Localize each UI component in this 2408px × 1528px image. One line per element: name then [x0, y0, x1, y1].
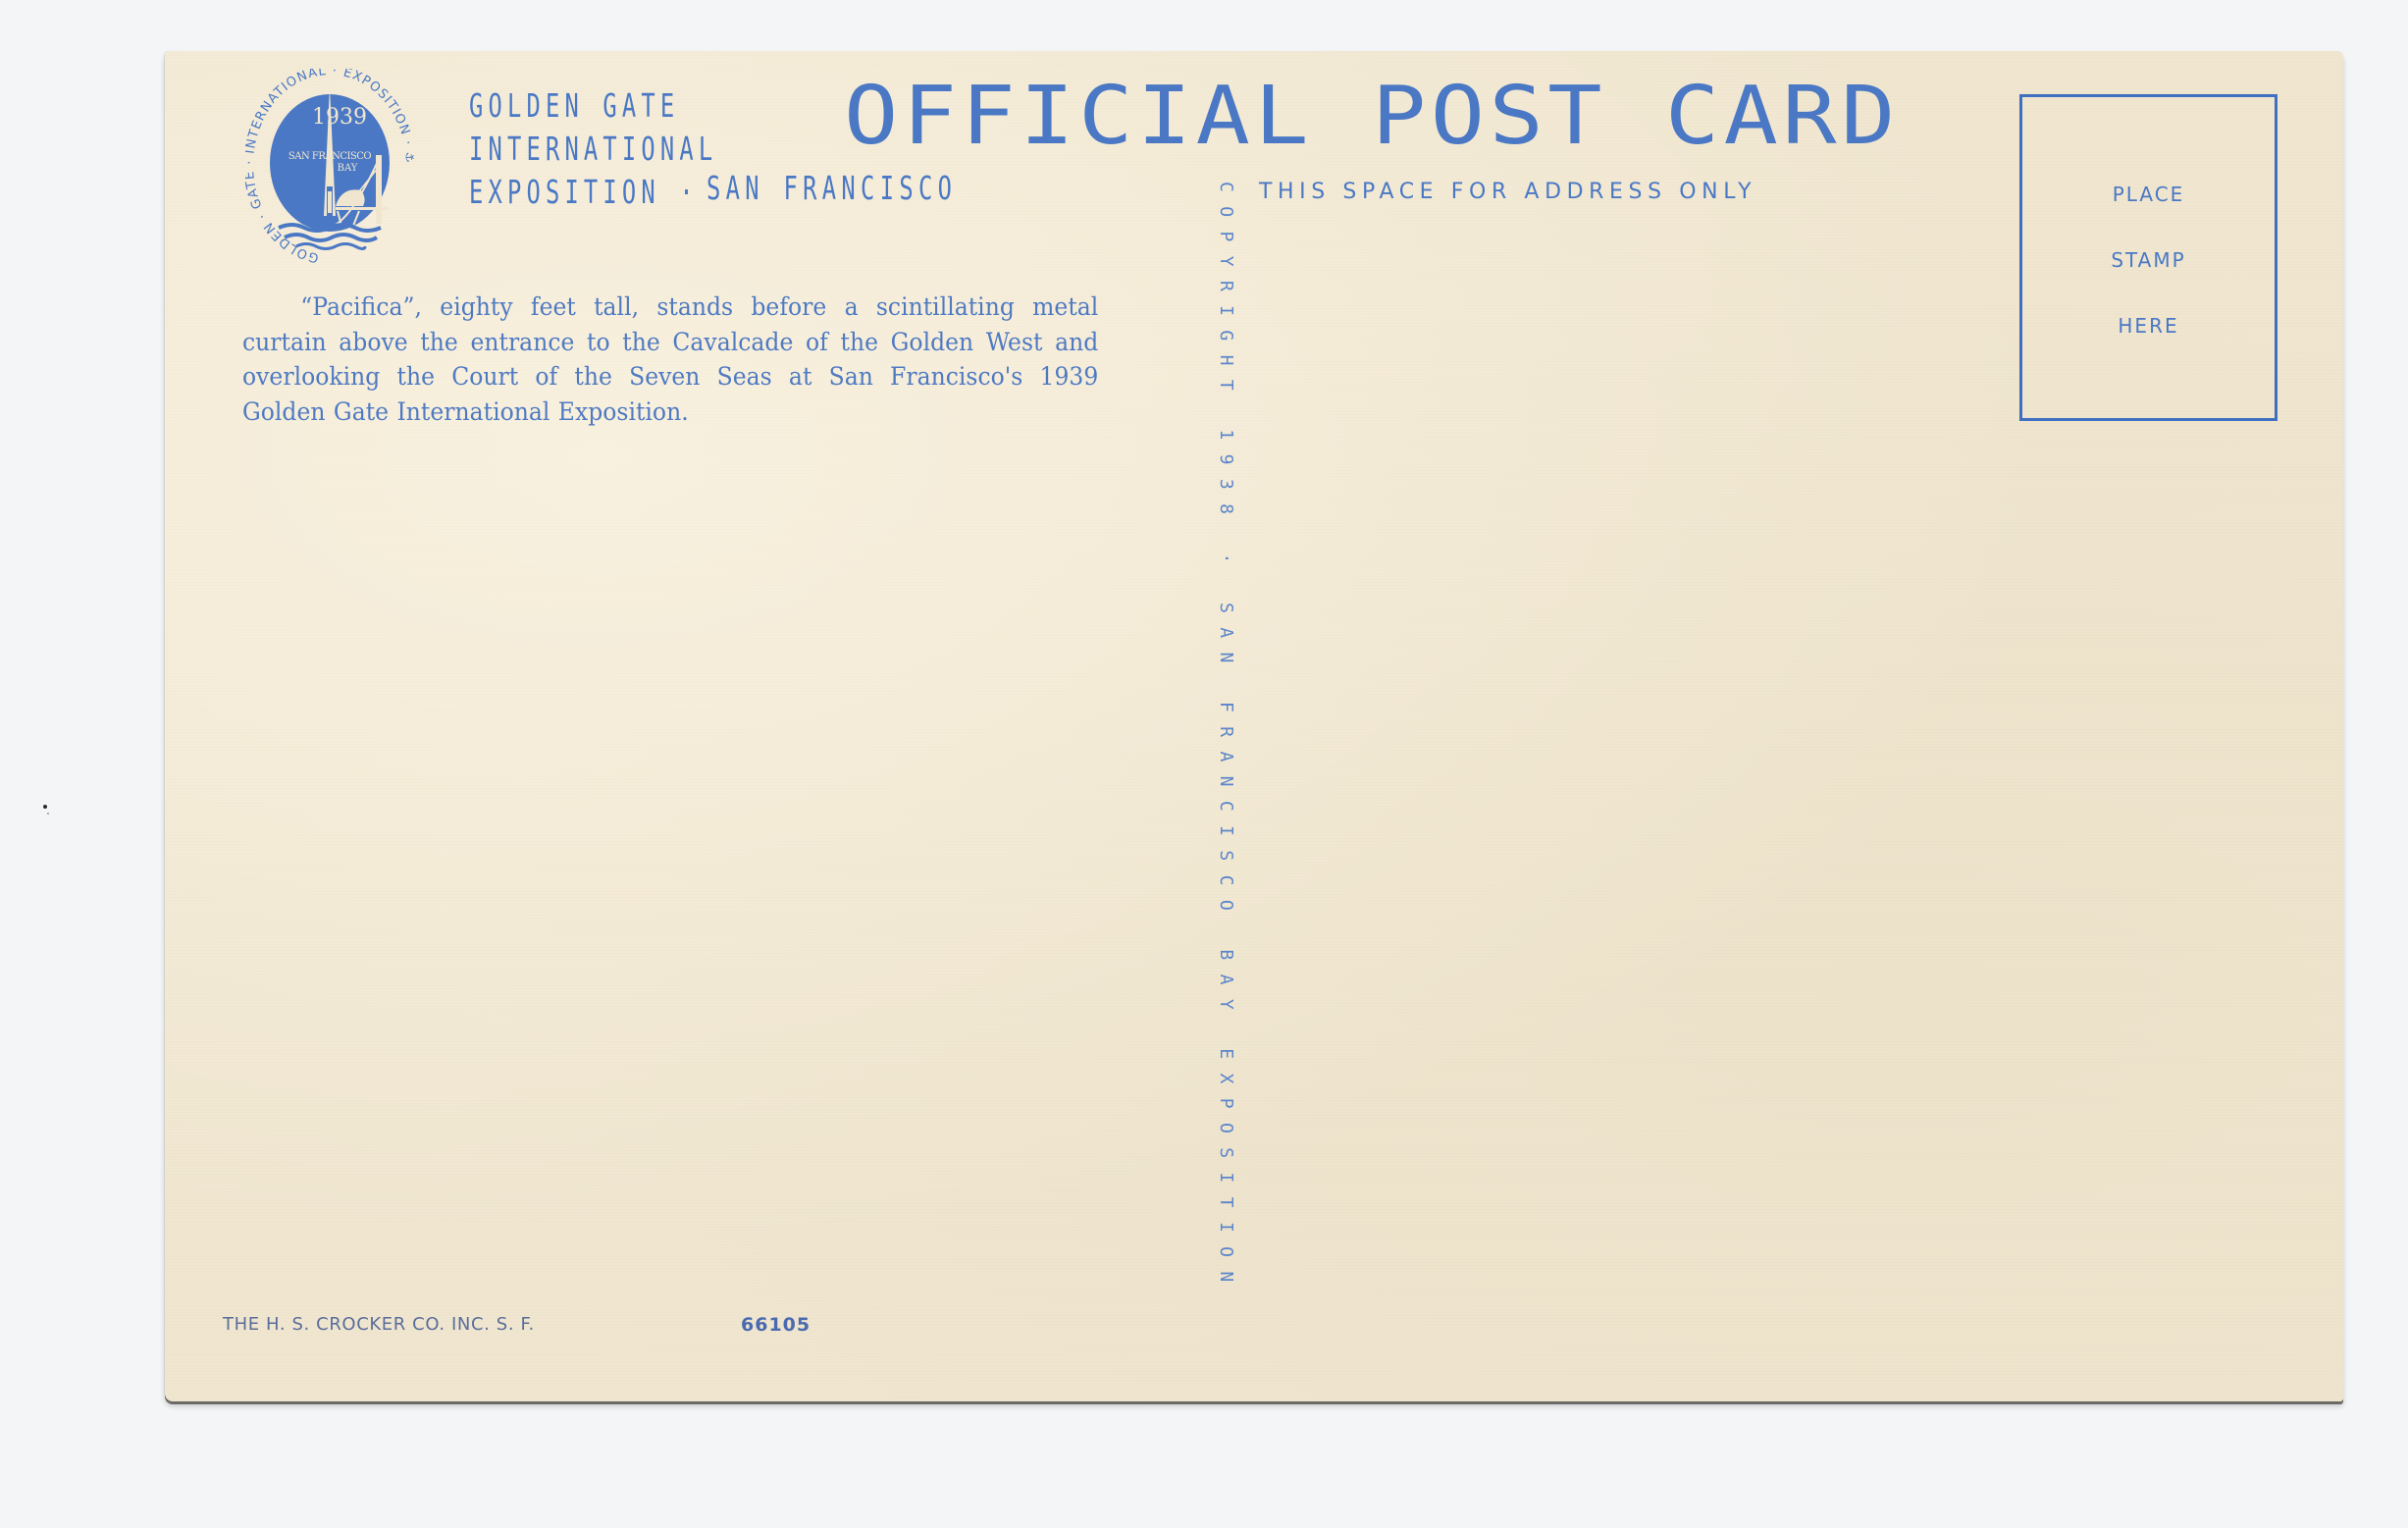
svg-text:1939: 1939 — [312, 105, 367, 130]
card-number: 66105 — [741, 1315, 811, 1335]
stamp-box-line-stamp: STAMP — [2022, 248, 2275, 272]
stamp-placement-box: PLACE STAMP HERE — [2019, 94, 2277, 421]
scanner-dust-speck — [47, 813, 49, 815]
exposition-name-block: GOLDEN GATE INTERNATIONAL EXPOSITION · — [469, 84, 717, 214]
copyright-divider-text: COPYRIGHT 1938 · SAN FRANCISCO BAY EXPOS… — [1215, 182, 1236, 1359]
header-line-exposition: EXPOSITION · — [469, 171, 717, 214]
svg-text:SAN FRANCISCO: SAN FRANCISCO — [288, 151, 372, 162]
stamp-box-line-here: HERE — [2022, 314, 2275, 338]
publisher-imprint: THE H. S. CROCKER CO. INC. S. F. — [223, 1315, 535, 1335]
exposition-seal-logo: 1939 SAN FRANCISCO BAY GOLDEN · GATE · I… — [245, 69, 414, 267]
seal-emblem-icon: 1939 SAN FRANCISCO BAY GOLDEN · GATE · I… — [245, 69, 414, 267]
stamp-box-line-place: PLACE — [2022, 183, 2275, 206]
header-line-international: INTERNATIONAL — [469, 128, 717, 171]
copyright-divider: COPYRIGHT 1938 · SAN FRANCISCO BAY EXPOS… — [1215, 182, 1236, 1359]
header-line-golden-gate: GOLDEN GATE — [469, 84, 717, 128]
postcard-back: 1939 SAN FRANCISCO BAY GOLDEN · GATE · I… — [165, 51, 2343, 1401]
official-post-card-title: OFFICIAL POST CARD — [844, 77, 1900, 157]
svg-text:BAY: BAY — [338, 163, 358, 174]
card-caption: “Pacifica”, eighty feet tall, stands bef… — [242, 290, 1098, 429]
address-space-note: THIS SPACE FOR ADDRESS ONLY — [1259, 182, 1756, 203]
scanner-dust-speck — [43, 805, 47, 809]
header-line-san-francisco: SAN FRANCISCO — [707, 172, 957, 204]
